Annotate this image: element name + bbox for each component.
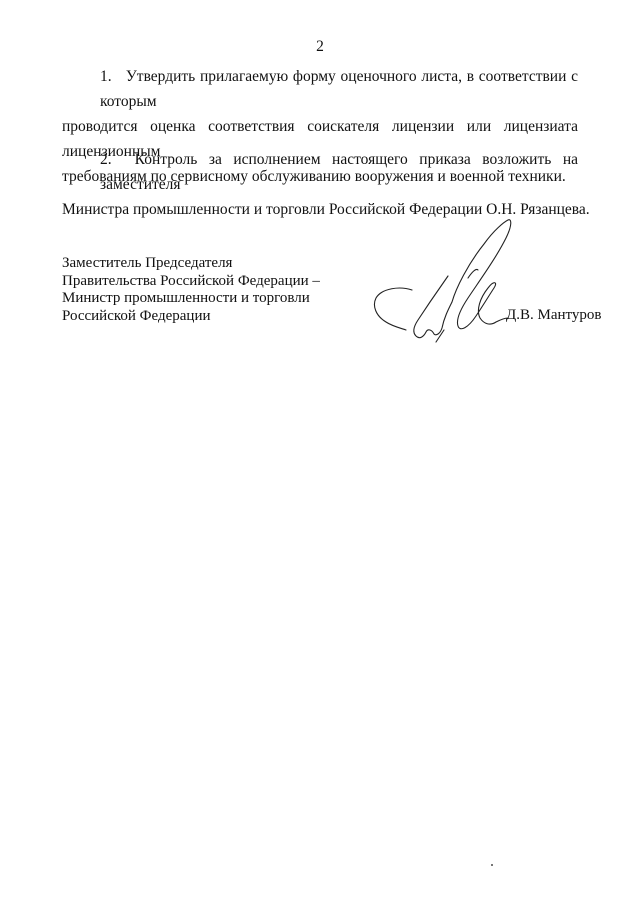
signer-position-line: Заместитель Председателя	[62, 255, 320, 273]
signer-position-line: Российской Федерации	[62, 308, 320, 326]
signer-position-line: Министр промышленности и торговли	[62, 290, 320, 308]
signature-icon	[372, 218, 532, 346]
paragraph-1-number: 1.	[100, 68, 112, 85]
paragraph-2: 2. Контроль за исполнением настоящего пр…	[62, 147, 578, 222]
signer-name: Д.В. Мантуров	[506, 307, 601, 324]
scan-artifact	[491, 864, 493, 866]
signer-position-line: Правительства Российской Федерации –	[62, 273, 320, 291]
paragraph-2-line-1: 2. Контроль за исполнением настоящего пр…	[62, 147, 578, 197]
page-number: 2	[0, 38, 640, 56]
paragraph-1-line-1: 1. Утвердить прилагаемую форму оценочног…	[62, 64, 578, 114]
signer-position: Заместитель Председателя Правительства Р…	[62, 255, 320, 325]
paragraph-2-number: 2.	[100, 151, 112, 168]
